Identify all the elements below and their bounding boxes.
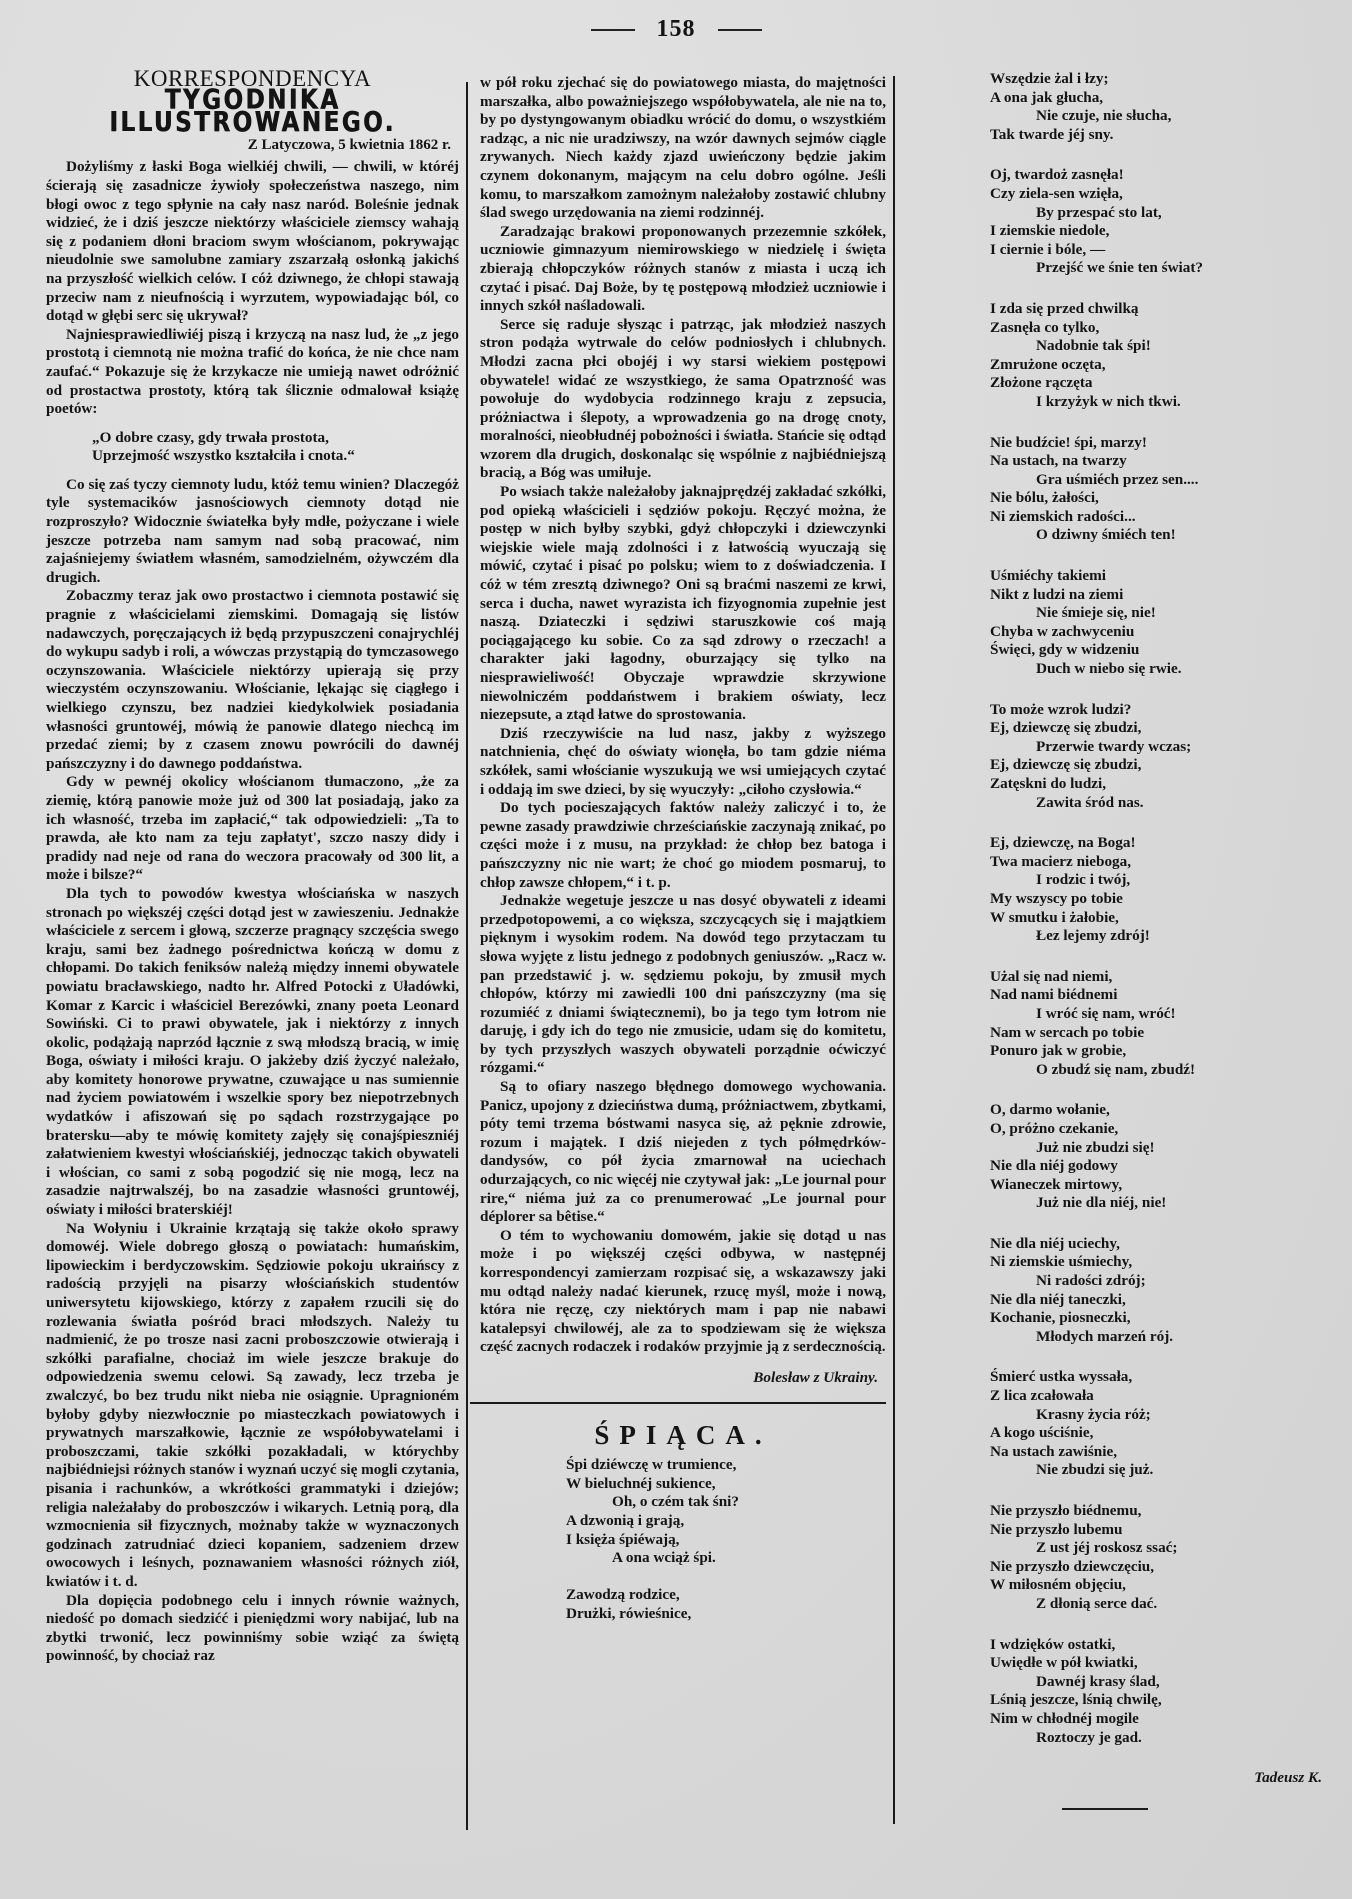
poem-line: Ni radości zdrój; [990, 1272, 1330, 1291]
poem-line: Chyba w zachwyceniu [990, 623, 1330, 642]
poem-stanza: Wszędzie żal i łzy;A ona jak głucha,Nie … [990, 70, 1330, 144]
article-column-left: KORRESPONDENCYA TYGODNIKA ILLUSTROWANEGO… [46, 66, 459, 1666]
poem-stanza: I wdzięków ostatki,Uwiędłe w pół kwiatki… [990, 1636, 1330, 1748]
poem-line: Twa macierz niebogа, [990, 853, 1330, 872]
poem-line: Nie przyszło dziewczęciu, [990, 1558, 1330, 1577]
poem-stanza: Ej, dziewczę, na Boga!Twa macierz niebog… [990, 834, 1330, 946]
article-paragraphs-middle: w pół roku zjechać się do powiatowego mi… [480, 74, 886, 1357]
poem-line: A ona wciąż śpi. [566, 1549, 886, 1568]
article-signature: Bolesław z Ukrainy. [480, 1369, 878, 1388]
paragraph: Jednakże wegetuje jeszcze u nas dosyć ob… [480, 892, 886, 1078]
poem-line: Z lica zcałowała [990, 1387, 1330, 1406]
poem-stanzas-middle: Śpi dziéwczę w trumience,W bieluchnéj su… [566, 1456, 886, 1623]
poem-line: Nie dla niéj uciechy, [990, 1235, 1330, 1254]
poem-line: Młodych marzeń rój. [990, 1328, 1330, 1347]
column-divider-left [466, 82, 468, 1830]
poem-line: Tak twarde jéj sny. [990, 126, 1330, 145]
dash-left [591, 29, 635, 31]
poem-line: Z ust jéj roskosz ssać; [990, 1539, 1330, 1558]
poem-column-right: Wszędzie żal i łzy;A ona jak głucha,Nie … [990, 70, 1330, 1810]
poem-line: Ponuro jak w grobie, [990, 1042, 1330, 1061]
paragraph: Dziś rzeczywiście na lud nasz, jakby z w… [480, 725, 886, 799]
poem-line: I ciernie i bóle, — [990, 241, 1330, 260]
poem-stanza: Uśmiéchy takiemiNikt z ludzi na ziemiNie… [990, 567, 1330, 679]
page-number-text: 158 [657, 16, 696, 42]
poem-line: Duch w niebo się rwie. [990, 660, 1330, 679]
poem-line: I ziemskie niedole, [990, 222, 1330, 241]
poem-line: O zbudź się nam, zbudź! [990, 1061, 1330, 1080]
poem-line: Już nie zbudzi się! [990, 1139, 1330, 1158]
poem-line: Zmrużone oczęta, [990, 356, 1330, 375]
poem-line: I księża śpiéwają, [566, 1531, 886, 1550]
poem-line: Drużki, rówieśnice, [566, 1605, 886, 1624]
poem-line: Uwiędłe w pół kwiatki, [990, 1654, 1330, 1673]
poem-line: Nie zbudzi się już. [990, 1461, 1330, 1480]
paragraph: Najniesprawiedliwiéj piszą i krzyczą na … [46, 326, 459, 419]
poem-line: Złożone rączęta [990, 374, 1330, 393]
poem-line: Nie przyszło lubemu [990, 1521, 1330, 1540]
poem-line: To może wzrok ludzi? [990, 701, 1330, 720]
poem-line: A kogo uściśnie, [990, 1424, 1330, 1443]
poem-line: Nim w chłodnéj mogile [990, 1710, 1330, 1729]
poem-author: Tadeusz K. [990, 1769, 1330, 1788]
quote-line: Uprzejmość wszystko kształciła i cnota.“ [92, 447, 459, 466]
poem-line: Święci, gdy w widzeniu [990, 641, 1330, 660]
poem-line: Dawnéj krasy ślad, [990, 1673, 1330, 1692]
poem-line: W smutku i żałobie, [990, 909, 1330, 928]
poem-line: Nie dla niéj taneczki, [990, 1291, 1330, 1310]
paragraph: Na Wołyniu i Ukrainie krzątają się także… [46, 1220, 459, 1592]
poem-line: Zatęskni do ludzi, [990, 775, 1330, 794]
poem-stanza: Nie dla niéj uciechy,Ni ziemskie uśmiech… [990, 1235, 1330, 1347]
poem-line: W miłosném objęciu, [990, 1576, 1330, 1595]
poem-stanza: Śpi dziéwczę w trumience,W bieluchnéj su… [566, 1456, 886, 1568]
poem-line: I rodzic i twój, [990, 871, 1330, 890]
poem-line: Nam w sercach po tobie [990, 1024, 1330, 1043]
paragraph: w pół roku zjechać się do powiatowego mi… [480, 74, 886, 223]
poem-line: I wróć się nam, wróć! [990, 1005, 1330, 1024]
poem-line: A dzwonią i grają, [566, 1512, 886, 1531]
paragraph: Dla tych to powodów kwestya włościańska … [46, 885, 459, 1220]
poem-line: O, darmo wołanie, [990, 1101, 1330, 1120]
paragraph: Serce się raduje słysząc i patrząc, jak … [480, 316, 886, 483]
poem-line: Na ustach, na twarzy [990, 452, 1330, 471]
paragraph: Dla dopięcia podobnego celu i innych rów… [46, 1592, 459, 1666]
poem-line: Oj, twardoż zasnęła! [990, 166, 1330, 185]
poem-line: Gra uśmiéch przez sen.... [990, 471, 1330, 490]
poem-line: Ej, dziewczę się zbudzi, [990, 756, 1330, 775]
poem-line: I zda się przed chwilką [990, 300, 1330, 319]
paragraph: Gdy w pewnéj okolicy włościanom tłumaczo… [46, 773, 459, 885]
poem-line: Użal się nad niemi, [990, 968, 1330, 987]
section-rule [470, 1402, 886, 1404]
paragraph: Co się zaś tyczy ciemnoty ludu, któż tem… [46, 476, 459, 588]
poem-line: Czy ziela-sen wzięła, [990, 185, 1330, 204]
poem-stanza: Oj, twardoż zasnęła!Czy ziela-sen wzięła… [990, 166, 1330, 278]
poem-line: Nie budźcie! śpi, marzy! [990, 434, 1330, 453]
poem-line: Przejść we śnie ten świat? [990, 259, 1330, 278]
article-paragraphs-2: Co się zaś tyczy ciemnoty ludu, któż tem… [46, 476, 459, 1666]
poem-line: Roztoczy je gad. [990, 1729, 1330, 1748]
poem-line: I krzyżyk w nich tkwi. [990, 393, 1330, 412]
poem-line: O, próżno czekanie, [990, 1120, 1330, 1139]
poem-line: Wianeczek mirtowy, [990, 1176, 1330, 1195]
poem-line: Kochanie, piosneczki, [990, 1309, 1330, 1328]
article-column-middle: w pół roku zjechać się do powiatowego mi… [480, 74, 886, 1642]
paragraph: Zobaczmy teraz jak owo prostactwo i ciem… [46, 587, 459, 773]
poem-line: Z dłonią serce dać. [990, 1595, 1330, 1614]
poem-stanza: O, darmo wołanie,O, próżno czekanie,Już … [990, 1101, 1330, 1213]
poem-line: By przespać sto lat, [990, 204, 1330, 223]
poem-line: Zawodzą rodzice, [566, 1586, 886, 1605]
paragraph: Po wsiach także należałoby jaknajprędzéj… [480, 483, 886, 725]
poetry-quote: „O dobre czasy, gdy trwała prostota,Uprz… [92, 429, 459, 466]
article-heading-line2: TYGODNIKA ILLUSTROWANEGO. [46, 89, 459, 133]
poem-line: Już nie dla niéj, nie! [990, 1194, 1330, 1213]
poem-line: Nie czuje, nie słucha, [990, 107, 1330, 126]
poem-line: Śmierć ustka wyssała, [990, 1368, 1330, 1387]
poem-line: Ej, dziewczę się zbudzi, [990, 719, 1330, 738]
dash-right [718, 29, 762, 31]
poem-line: A ona jak głucha, [990, 89, 1330, 108]
poem-line: Ni ziemskich radości... [990, 508, 1330, 527]
paragraph: Do tych pocieszających faktów należy zal… [480, 799, 886, 892]
poem-line: Nad nami biédnemi [990, 986, 1330, 1005]
poem-line: Nie bólu, żałości, [990, 489, 1330, 508]
poem-line: Śpi dziéwczę w trumience, [566, 1456, 886, 1475]
page-number: 158 [0, 16, 1352, 43]
poem-title: ŚPIĄCA. [480, 1426, 886, 1445]
column-divider-right [893, 76, 895, 1824]
quote-line: „O dobre czasy, gdy trwała prostota, [92, 429, 459, 448]
paragraph: O tém to wychowaniu domowém, jakie się d… [480, 1227, 886, 1357]
poem-line: Nie przyszło biédnemu, [990, 1502, 1330, 1521]
poem-stanza: Nie budźcie! śpi, marzy!Na ustach, na tw… [990, 434, 1330, 546]
poem-line: Zawita śród nas. [990, 794, 1330, 813]
poem-line: Łez lejemy zdrój! [990, 927, 1330, 946]
poem-stanza: Zawodzą rodzice,Drużki, rówieśnice, [566, 1586, 886, 1623]
poem-line: Lśnią jeszcze, lśnią chwilę, [990, 1691, 1330, 1710]
article-paragraphs-1: Dożyliśmy z łaski Boga wielkiéj chwili, … [46, 158, 459, 418]
poem-line: Oh, o czém tak śni? [566, 1493, 886, 1512]
poem-stanza: Użal się nad niemi,Nad nami biédnemiI wr… [990, 968, 1330, 1080]
poem-line: O dziwny śmiéch ten! [990, 526, 1330, 545]
poem-line: My wszyscy po tobie [990, 890, 1330, 909]
poem-stanza: I zda się przed chwilkąZasnęła co tylko,… [990, 300, 1330, 412]
poem-line: Ej, dziewczę, na Boga! [990, 834, 1330, 853]
poem-line: I wdzięków ostatki, [990, 1636, 1330, 1655]
poem-line: Krasny życia róż; [990, 1406, 1330, 1425]
poem-line: Nikt z ludzi na ziemi [990, 586, 1330, 605]
poem-line: W bieluchnéj sukience, [566, 1475, 886, 1494]
poem-line: Nie dla niéj godowy [990, 1157, 1330, 1176]
paragraph: Dożyliśmy z łaski Boga wielkiéj chwili, … [46, 158, 459, 325]
poem-stanza: To może wzrok ludzi?Ej, dziewczę się zbu… [990, 701, 1330, 813]
poem-line: Ni ziemskie uśmiechy, [990, 1253, 1330, 1272]
poem-stanzas-right: Wszędzie żal i łzy;A ona jak głucha,Nie … [990, 70, 1330, 1747]
poem-stanza: Nie przyszło biédnemu,Nie przyszło lubem… [990, 1502, 1330, 1614]
article-dateline: Z Latyczowa, 5 kwietnia 1862 r. [46, 136, 451, 155]
poem-stanza: Śmierć ustka wyssała,Z lica zcałowałaKra… [990, 1368, 1330, 1480]
poem-line: Nadobnie tak śpi! [990, 337, 1330, 356]
poem-line: Przerwie twardy wczas; [990, 738, 1330, 757]
poem-line: Na ustach zawiśnie, [990, 1443, 1330, 1462]
poem-line: Zasnęła co tylko, [990, 319, 1330, 338]
poem-line: Nie śmieje się, nie! [990, 604, 1330, 623]
poem-line: Uśmiéchy takiemi [990, 567, 1330, 586]
paragraph: Zaradzając brakowi proponowanych przezem… [480, 223, 886, 316]
poem-line: Wszędzie żal i łzy; [990, 70, 1330, 89]
paragraph: Są to ofiary naszego błędnego domowego w… [480, 1078, 886, 1227]
end-rule [1062, 1808, 1148, 1810]
